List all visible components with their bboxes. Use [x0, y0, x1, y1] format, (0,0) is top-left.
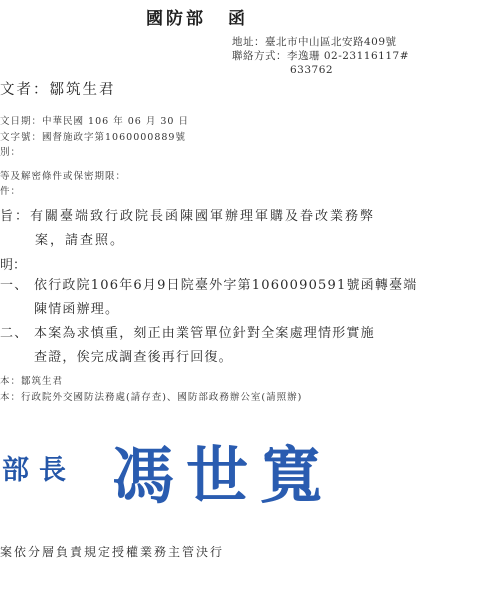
contact-label: 聯絡方式：	[232, 50, 287, 62]
signature-title: 部長	[2, 448, 76, 487]
issue-date-value: 中華民國 106 年 06 月 30 日	[42, 116, 189, 127]
primary-value: 鄒筑生君	[21, 376, 63, 387]
sender-info: 地址：臺北市中山區北安路409號 聯絡方式：李逸珊 02-23116117# 6…	[232, 35, 409, 77]
document-header: 國防部函	[146, 4, 248, 29]
subject-section: 旨：有關臺端致行政院長函陳國軍辦理軍購及眷改業務弊 案，請查照。	[0, 205, 375, 253]
address-row: 地址：臺北市中山區北安路409號	[232, 35, 409, 49]
explanation-item: 二、本案為求慎重，刻正由業管單位針對全案處理情形實施 查證，俟完成調查後再行回復…	[0, 322, 417, 370]
address-value: 臺北市中山區北安路409號	[265, 36, 397, 48]
document-type: 函	[228, 9, 248, 29]
recipient: 文者：鄒筑生君	[0, 78, 116, 99]
subject-text-1: 有關臺端致行政院長函陳國軍辦理軍購及眷改業務弊	[30, 209, 375, 224]
explanation-item: 一、依行政院106年6月9日院臺外字第1060090591號函轉臺端 陳情函辦理…	[0, 274, 417, 322]
copy-label: 本：	[0, 392, 21, 403]
doc-number-value: 國督施政字第1060000889號	[42, 132, 186, 143]
primary-label: 本：	[0, 376, 21, 387]
subject-line-1: 旨：有關臺端致行政院長函陳國軍辦理軍購及眷改業務弊	[0, 205, 375, 229]
phone-extension: 633762	[232, 63, 409, 77]
attachment-label: 件：	[0, 186, 21, 197]
copy-value: 行政院外交國防法務處(請存查)、國防部政務辦公室(請照辦)	[21, 392, 302, 403]
copy-recipient-row: 本：行政院外交國防法務處(請存查)、國防部政務辦公室(請照辦)	[0, 390, 302, 406]
contact-name: 李逸珊	[287, 50, 320, 62]
primary-recipient-row: 本：鄒筑生君	[0, 374, 302, 390]
issue-date-label: 文日期：	[0, 116, 42, 127]
speed-row: 別：	[0, 145, 189, 161]
subject-label: 旨：	[0, 209, 30, 224]
signature-name-stamp: 馮世寬	[112, 436, 334, 516]
explanation-items: 一、依行政院106年6月9日院臺外字第1060090591號函轉臺端 陳情函辦理…	[0, 274, 417, 370]
issue-date-row: 文日期：中華民國 106 年 06 月 30 日	[0, 114, 189, 130]
explanation-label: 明：	[0, 254, 26, 273]
subject-text-2: 案，請查照。	[0, 229, 375, 253]
issuer-name: 國防部	[146, 9, 206, 29]
recipient-label: 文者：	[0, 82, 50, 98]
item-text-2: 查證，俟完成調查後再行回復。	[0, 346, 417, 370]
item-text-2: 陳情函辦理。	[0, 298, 417, 322]
security-row: 等及解密條件或保密期限：	[0, 169, 189, 185]
doc-number-label: 文字號：	[0, 132, 42, 143]
item-text-1: 依行政院106年6月9日院臺外字第1060090591號函轉臺端	[34, 278, 417, 293]
doc-number-row: 文字號：國督施政字第1060000889號	[0, 130, 189, 146]
address-label: 地址：	[232, 36, 265, 48]
distribution-list: 本：鄒筑生君 本：行政院外交國防法務處(請存查)、國防部政務辦公室(請照辦)	[0, 374, 302, 406]
item-number: 一、	[0, 274, 34, 298]
item-number: 二、	[0, 322, 34, 346]
recipient-name: 鄒筑生君	[50, 82, 116, 98]
authorization-note: 案依分層負責規定授權業務主管決行	[0, 543, 224, 560]
contact-row: 聯絡方式：李逸珊 02-23116117#	[232, 49, 409, 63]
security-label: 等及解密條件或保密期限：	[0, 171, 126, 182]
attachment-row: 件：	[0, 184, 189, 200]
contact-phone: 02-23116117#	[324, 50, 409, 62]
document-meta: 文日期：中華民國 106 年 06 月 30 日 文字號：國督施政字第10600…	[0, 114, 189, 200]
item-text-1: 本案為求慎重，刻正由業管單位針對全案處理情形實施	[34, 326, 375, 341]
speed-label: 別：	[0, 147, 21, 158]
